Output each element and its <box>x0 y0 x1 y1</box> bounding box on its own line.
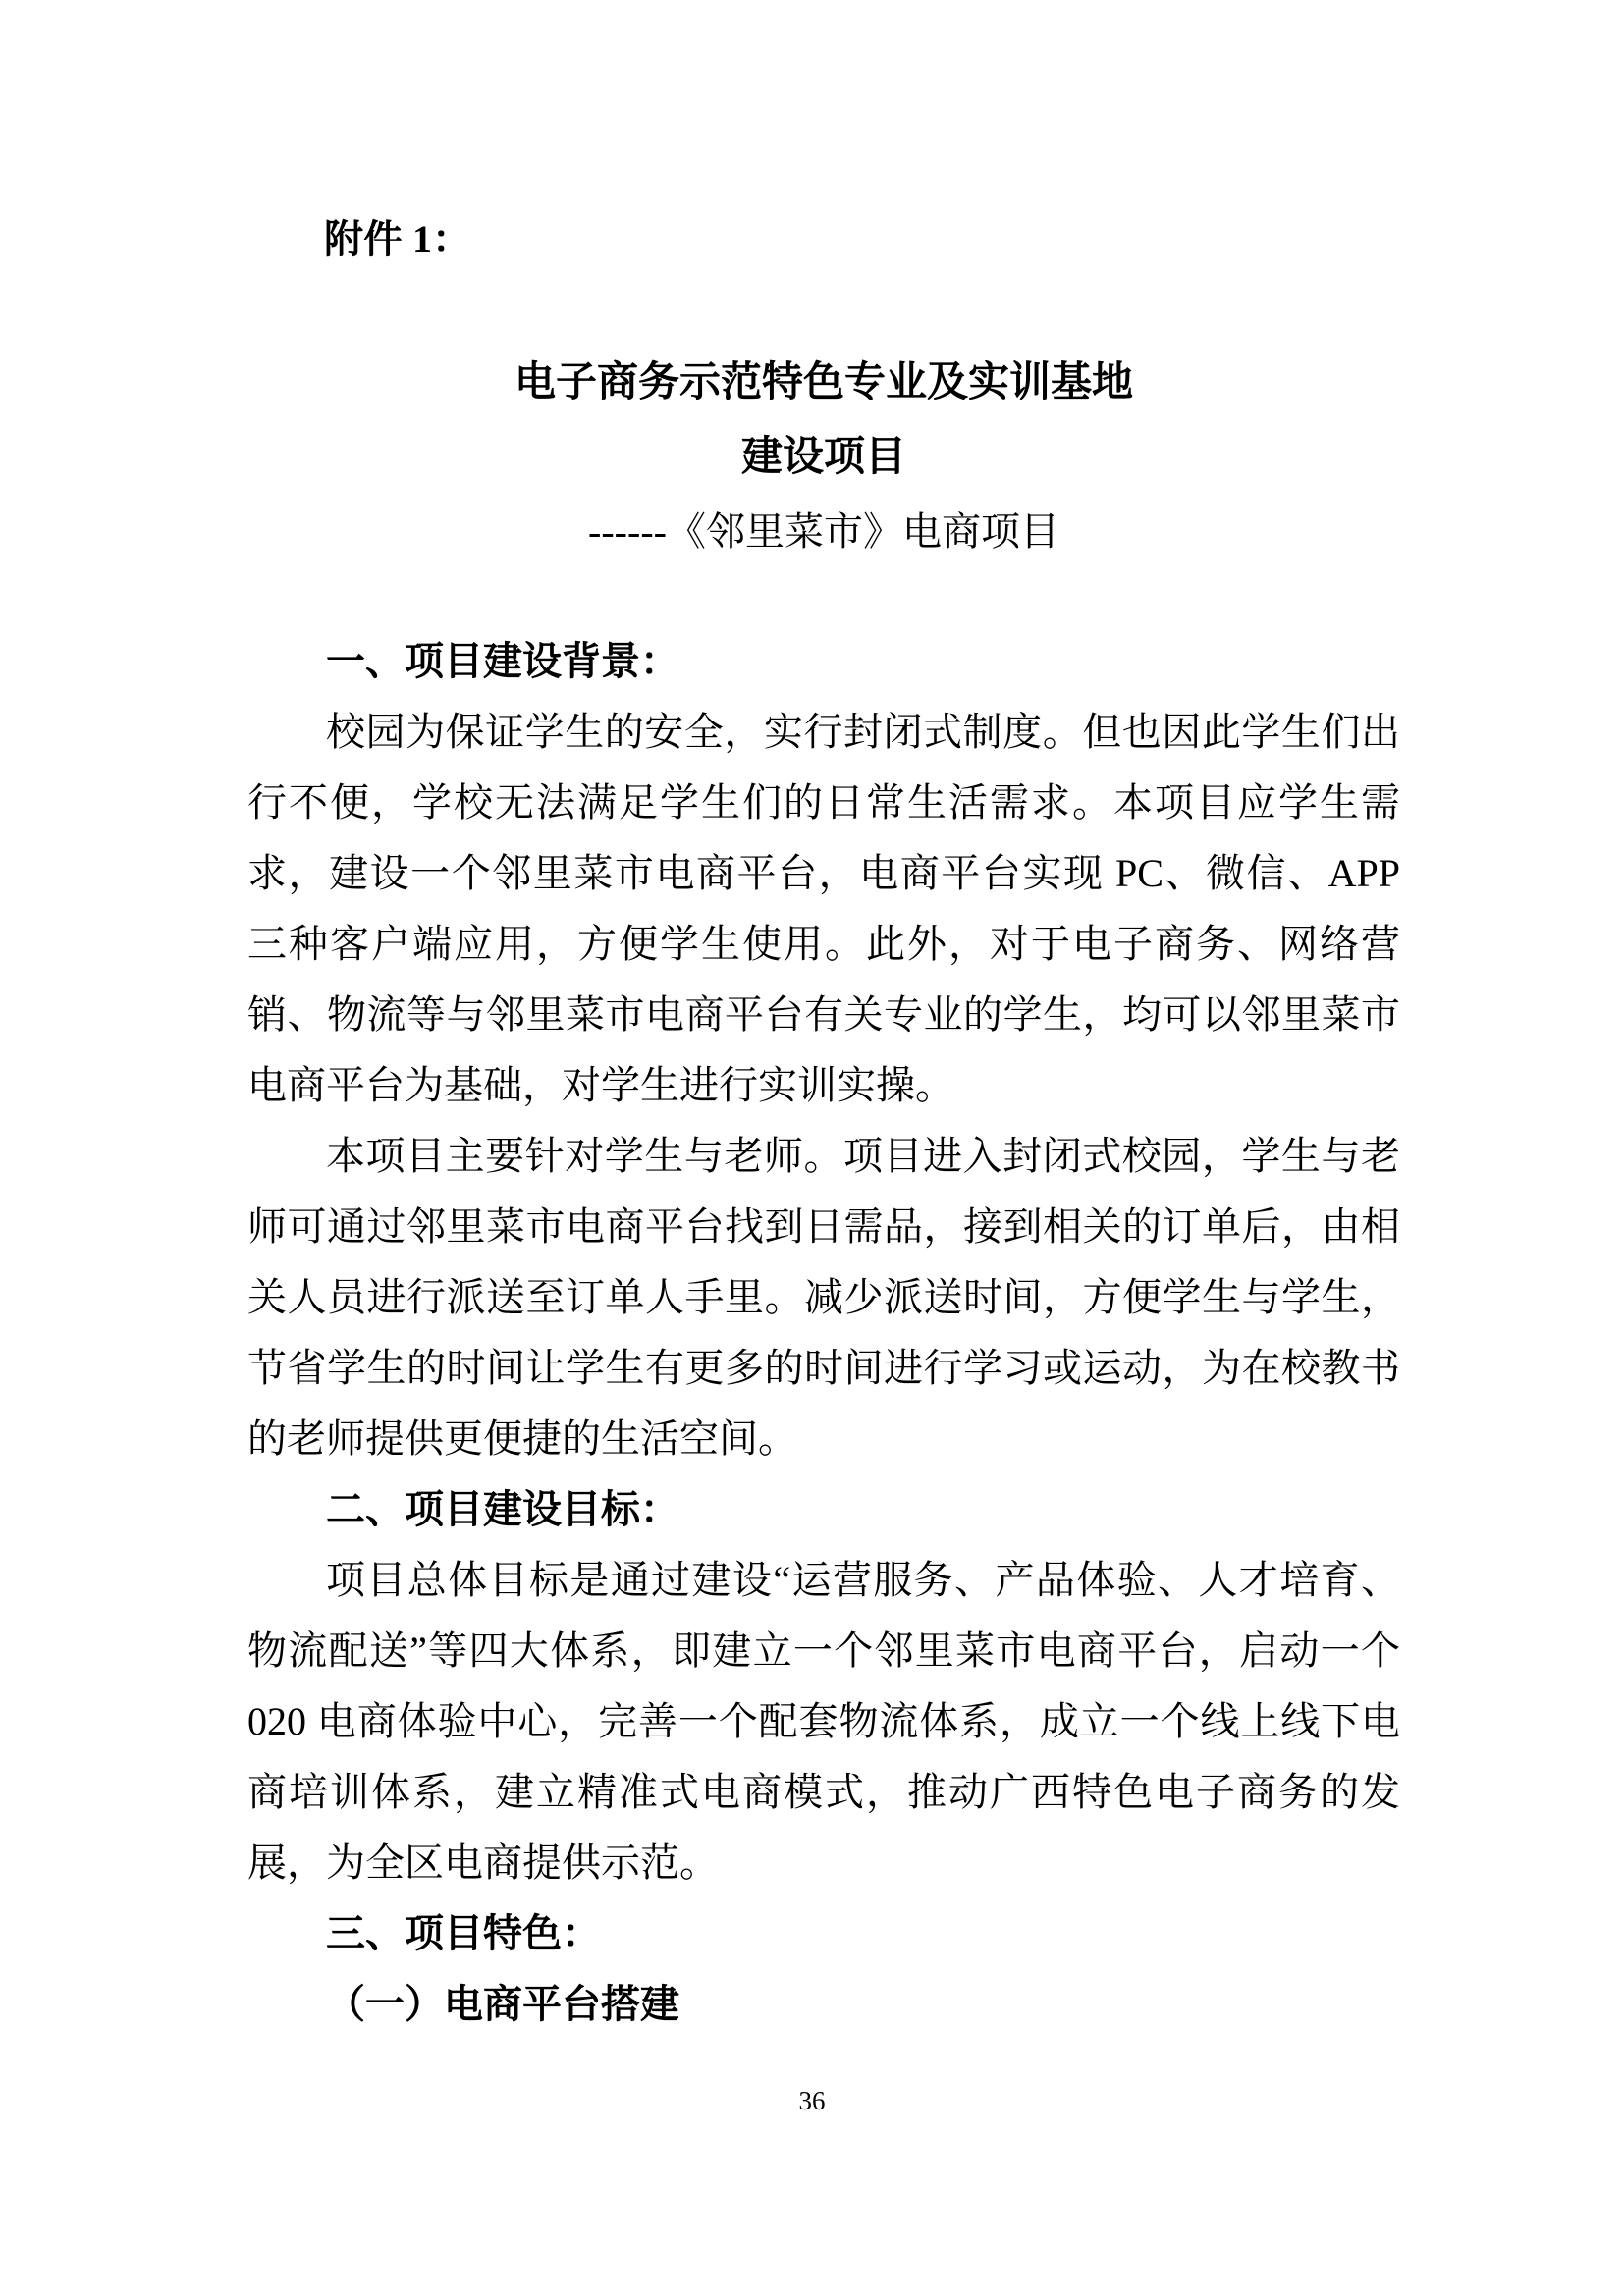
page-number: 36 <box>0 2085 1624 2116</box>
paragraph: 项目总体目标是通过建设“运营服务、产品体验、人才培育、物流配送”等四大体系，即建… <box>247 1545 1400 1898</box>
section-heading: （一）电商平台搭建 <box>247 1969 1400 2040</box>
paragraph: 本项目主要针对学生与老师。项目进入封闭式校园，学生与老师可通过邻里菜市电商平台找… <box>247 1121 1400 1474</box>
document-subtitle: ------《邻里菜市》电商项目 <box>247 495 1400 569</box>
section-heading: 一、项目建设背景： <box>247 626 1400 697</box>
attachment-label: 附件 1： <box>247 0 1400 275</box>
section-heading: 二、项目建设目标： <box>247 1474 1400 1545</box>
section-heading: 三、项目特色： <box>247 1898 1400 1969</box>
document-title-block: 电子商务示范特色专业及实训基地 建设项目 ------《邻里菜市》电商项目 <box>247 346 1400 569</box>
document-page: 附件 1： 电子商务示范特色专业及实训基地 建设项目 ------《邻里菜市》电… <box>0 0 1624 2296</box>
document-title-line-1: 电子商务示范特色专业及实训基地 <box>247 346 1400 420</box>
paragraph: 校园为保证学生的安全，实行封闭式制度。但也因此学生们出行不便，学校无法满足学生们… <box>247 697 1400 1121</box>
document-title-line-2: 建设项目 <box>247 420 1400 495</box>
document-body: 一、项目建设背景：校园为保证学生的安全，实行封闭式制度。但也因此学生们出行不便，… <box>247 626 1400 2040</box>
